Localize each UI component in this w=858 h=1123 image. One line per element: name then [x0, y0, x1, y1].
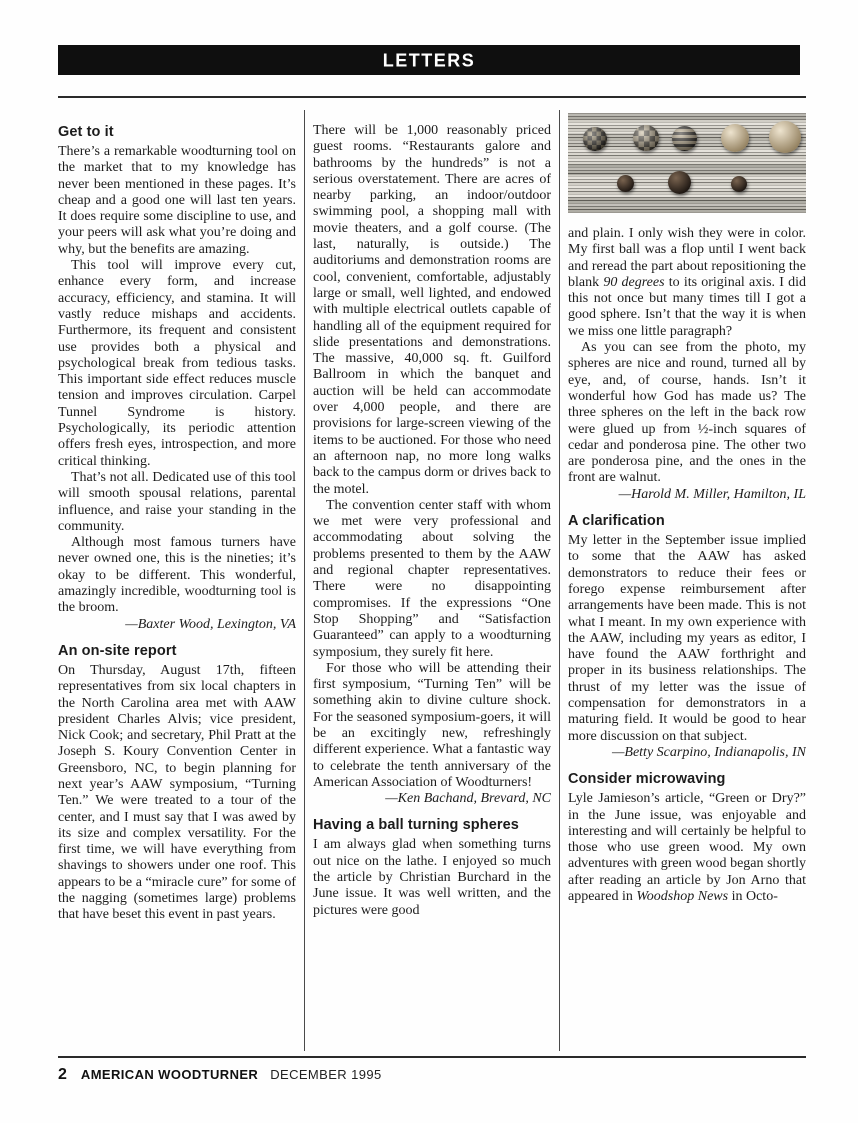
- paragraph: I am always glad when something turns ou…: [313, 837, 551, 918]
- column-3: and plain. I only wish they were in colo…: [568, 110, 806, 1051]
- italic-text-run: 90 degrees: [603, 275, 664, 290]
- columns-container: Get to it There’s a remarkable woodturni…: [58, 110, 806, 1051]
- paragraph: The convention center staff with whom we…: [313, 498, 551, 661]
- magazine-name: AMERICAN WOODTURNER: [81, 1067, 258, 1082]
- letter-heading-a-clarification: A clarification: [568, 512, 806, 530]
- paragraph: As you can see from the photo, my sphere…: [568, 340, 806, 487]
- issue-date: DECEMBER 1995: [270, 1067, 381, 1082]
- wood-sphere-front-1: [617, 175, 634, 192]
- column-1: Get to it There’s a remarkable woodturni…: [58, 110, 296, 1051]
- paragraph: and plain. I only wish they were in colo…: [568, 226, 806, 340]
- letter-signature: —Betty Scarpino, Indianapolis, IN: [568, 745, 806, 761]
- page-title: LETTERS: [383, 49, 476, 71]
- wood-sphere-back-1: [583, 127, 607, 151]
- paragraph: There’s a remarkable woodturning tool on…: [58, 144, 296, 258]
- paragraph: Lyle Jamieson’s article, “Green or Dry?”…: [568, 791, 806, 905]
- paragraph: Although most famous turners have never …: [58, 535, 296, 616]
- letter-heading-having-a-ball: Having a ball turning spheres: [313, 816, 551, 834]
- wood-sphere-back-4: [721, 124, 749, 152]
- paragraph: On Thursday, August 17th, fifteen repres…: [58, 663, 296, 924]
- paragraph: My letter in the September issue implied…: [568, 533, 806, 745]
- magazine-page: LETTERS Get to it There’s a remarkable w…: [0, 0, 858, 1123]
- header-divider-rule: [58, 96, 806, 98]
- column-2: There will be 1,000 reasonably priced gu…: [313, 110, 551, 1051]
- paragraph: That’s not all. Dedicated use of this to…: [58, 470, 296, 535]
- column-divider: [559, 110, 560, 1051]
- paragraph: There will be 1,000 reasonably priced gu…: [313, 123, 551, 498]
- text-run: in Octo-: [728, 889, 778, 904]
- spheres-photo: [568, 113, 806, 213]
- wood-sphere-back-3: [672, 126, 697, 151]
- letter-heading-consider-microwaving: Consider microwaving: [568, 770, 806, 788]
- page-footer: 2 AMERICAN WOODTURNER DECEMBER 1995: [58, 1066, 806, 1084]
- letter-heading-on-site-report: An on-site report: [58, 642, 296, 660]
- footer-divider-rule: [58, 1056, 806, 1058]
- page-number: 2: [58, 1066, 67, 1084]
- wood-sphere-front-3: [731, 176, 747, 192]
- wood-sphere-back-2: [633, 125, 659, 151]
- paragraph: This tool will improve every cut, enhanc…: [58, 258, 296, 470]
- text-run: Lyle Jamieson’s article, “Green or Dry?”…: [568, 791, 806, 904]
- letter-signature: —Harold M. Miller, Hamilton, IL: [568, 487, 806, 503]
- paragraph: For those who will be attending their fi…: [313, 661, 551, 791]
- column-divider: [304, 110, 305, 1051]
- wood-sphere-front-2: [668, 171, 691, 194]
- section-header-bar: LETTERS: [58, 45, 800, 75]
- letter-signature: —Baxter Wood, Lexington, VA: [58, 617, 296, 633]
- letter-signature: —Ken Bachand, Brevard, NC: [313, 791, 551, 807]
- wood-sphere-back-5: [769, 121, 801, 153]
- letter-heading-get-to-it: Get to it: [58, 123, 296, 141]
- italic-text-run: Woodshop News: [636, 889, 728, 904]
